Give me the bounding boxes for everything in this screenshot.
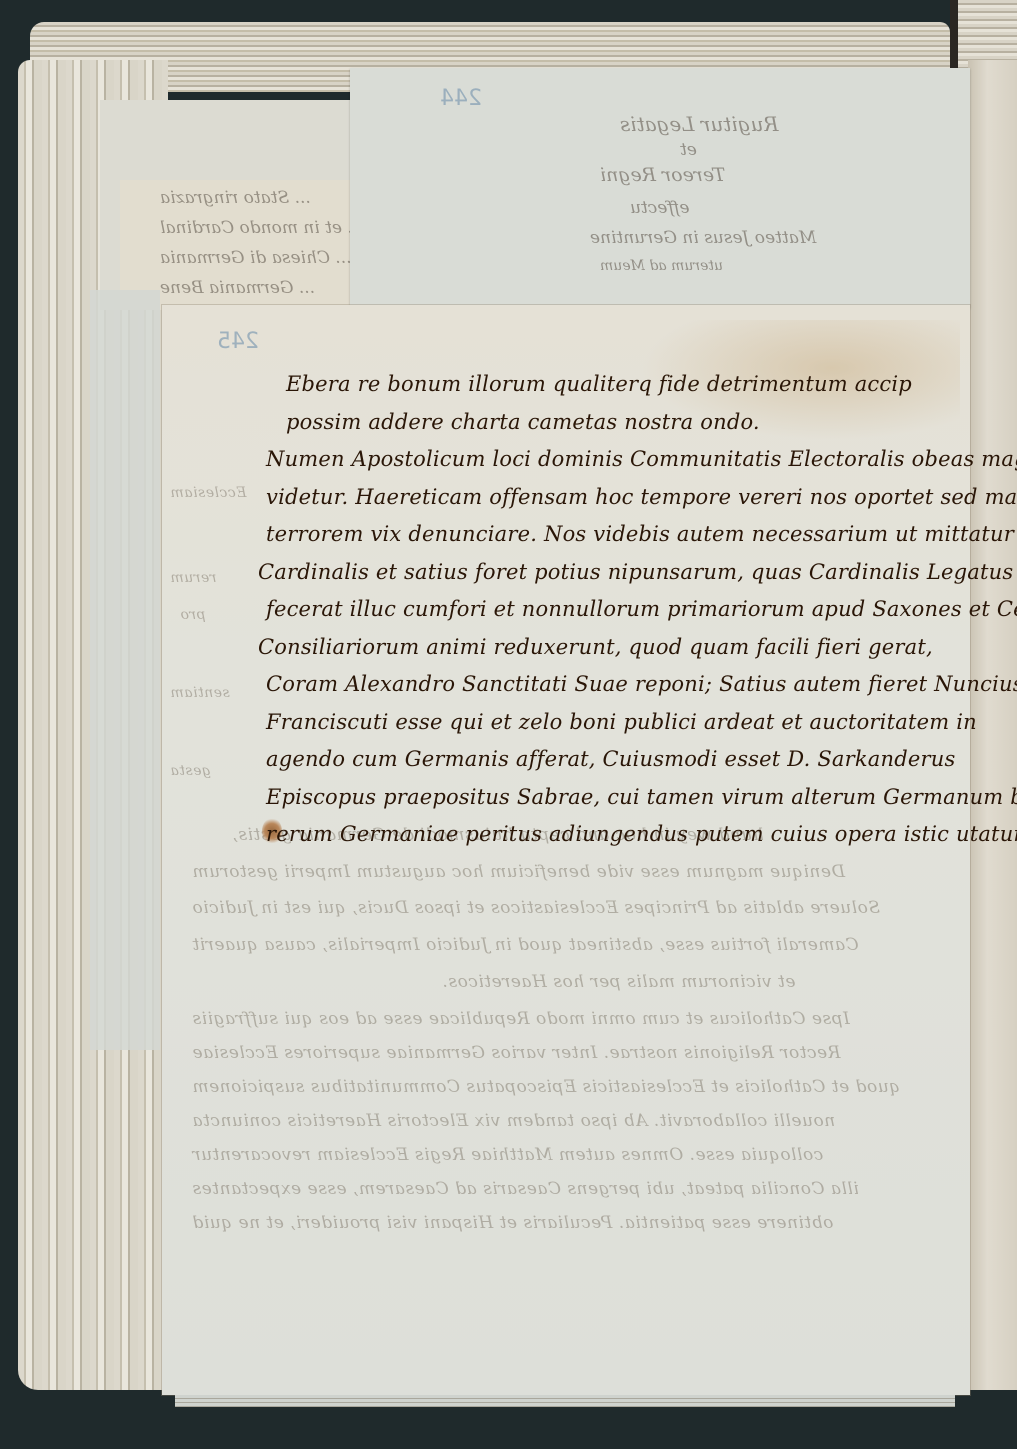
text-line: terrorem vix denunciare. Nos videbis aut… (266, 516, 978, 554)
upper-sheet-line: uterum ad Meum (600, 258, 723, 274)
bleed-line: quod et Catholicis et Ecclesiasticis Epi… (192, 1077, 900, 1097)
note-line: ... Chiesa di Germania (160, 248, 352, 268)
margin-fragment: sentiam (170, 685, 230, 701)
margin-fragment: pro (180, 607, 206, 623)
bleed-line: Camerali fortius esse, abstineat quod in… (192, 935, 859, 955)
bleed-line: Soluere ablatis ad Principes Ecclesiasti… (192, 898, 880, 918)
margin-fragment: rerum (170, 570, 216, 586)
text-line: rerum Germaniae peritus adiungendus pute… (266, 816, 978, 854)
bleed-line: illa Concilia pateat, ubi pergens Caesar… (192, 1179, 859, 1199)
note-line: ... Germania Bene (160, 278, 315, 298)
text-line: Episcopus praepositus Sabrae, cui tamen … (266, 779, 978, 817)
text-line: agendo cum Germanis afferat, Cuiusmodi e… (266, 741, 978, 779)
upper-sheet-line: Rugitur Legatis (620, 112, 779, 136)
upper-sheet-line: effectu (630, 198, 689, 218)
main-handwritten-text: Ebera re bonum illorum qualiterq fide de… (258, 366, 978, 854)
text-line: Numen Apostolicum loci dominis Communita… (266, 441, 978, 479)
bleed-line: colloquia esse. Omnes autem Matthiae Reg… (192, 1145, 823, 1165)
text-line: Coram Alexandro Sanctitati Suae reponi; … (266, 666, 978, 704)
folio-number-main: 245 (217, 329, 259, 354)
text-line: videtur. Haereticam offensam hoc tempore… (266, 479, 978, 517)
bleed-line: Denique magnum esse vide beneficium hoc … (192, 862, 845, 882)
underlying-sheet-folio-244: 244 Rugitur Legatis et Tereor Regni effe… (350, 68, 970, 308)
upper-sheet-line: et (680, 140, 697, 160)
text-line: Franciscuti esse qui et zelo boni public… (266, 704, 978, 742)
text-line: possim addere charta cametas nostra ondo… (286, 404, 978, 442)
page-bottom-edges (175, 1395, 955, 1407)
text-line: Consiliariorum animi reduxerunt, quod qu… (258, 629, 978, 667)
text-line: Ebera re bonum illorum qualiterq fide de… (286, 366, 978, 404)
repair-tissue-strip (90, 290, 160, 1050)
bleed-line: et vicinorum malis per hos Haereticos. (442, 972, 795, 992)
note-line: ... Stato ringrazia (160, 188, 311, 208)
upper-sheet-line: Matteo Jesus in Geruntine (590, 228, 816, 248)
folio-number-upper: 244 (440, 86, 482, 111)
margin-fragment: Ecclesiam (170, 485, 246, 501)
bleed-line: Ipse Catholicus et cum omni modo Republi… (192, 1009, 850, 1029)
bleed-line: nouelli collaboravit. Ab ipso tandem vix… (192, 1111, 835, 1131)
text-line: fecerat illuc cumfori et nonnullorum pri… (266, 591, 978, 629)
book-spine-gap (950, 0, 958, 74)
text-line: Cardinalis et satius foret potius nipuns… (258, 554, 978, 592)
margin-fragment: gesta (170, 763, 211, 779)
bleed-line: Rector Religionis nostrae. Inter varios … (192, 1043, 840, 1063)
bleed-line: obtinere esse patientia. Peculiaris et H… (192, 1213, 833, 1233)
upper-sheet-line: Tereor Regni (600, 164, 725, 186)
note-line: ... et in mondo Cardinal (160, 218, 364, 238)
